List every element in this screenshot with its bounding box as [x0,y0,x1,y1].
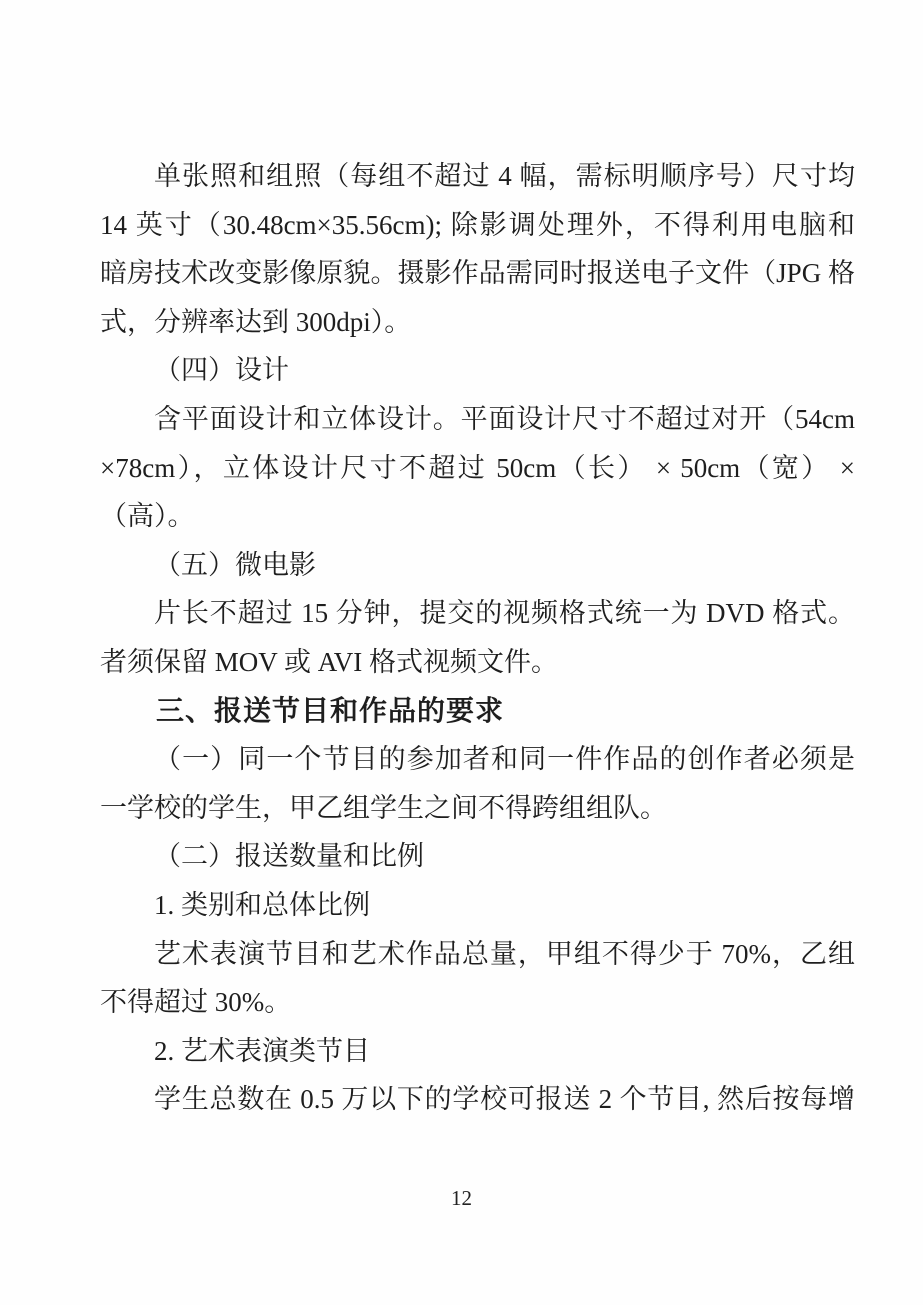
page-number: 12 [0,1186,923,1211]
paragraph-line: 不得超过 30%。 [100,978,855,1027]
paragraph-line: 者须保留 MOV 或 AVI 格式视频文件。 [100,638,855,687]
list-item-category-ratio: 1. 类别和总体比例 [100,881,855,930]
paragraph-line: 14 英寸（30.48cm×35.56cm); 除影调处理外，不得利用电脑和 [100,201,855,250]
paragraph-line: ×78cm），立体设计尺寸不超过 50cm（长） × 50cm（宽） × 50c… [100,444,855,493]
subsection-label-quantity-ratio: （二）报送数量和比例 [100,832,855,881]
list-item-performance-programs: 2. 艺术表演类节目 [100,1027,855,1076]
document-page: 单张照和组照（每组不超过 4 幅，需标明顺序号）尺寸均为 14 英寸（30.48… [0,0,923,1305]
paragraph-line: 艺术表演节目和艺术作品总量，甲组不得少于 70%，乙组 [100,930,855,979]
paragraph-line: 单张照和组照（每组不超过 4 幅，需标明顺序号）尺寸均为 [100,152,855,201]
paragraph-line: 式，分辨率达到 300dpi）。 [100,298,855,347]
subsection-label-design: （四）设计 [100,346,855,395]
paragraph-line: 暗房技术改变影像原貌。摄影作品需同时报送电子文件（JPG 格 [100,249,855,298]
paragraph-line: （高）。 [100,492,855,541]
paragraph-line: 片长不超过 15 分钟，提交的视频格式统一为 DVD 格式。作 [100,589,855,638]
paragraph-line: 学生总数在 0.5 万以下的学校可报送 2 个节目, 然后按每增 [100,1075,855,1124]
paragraph-line: （一）同一个节目的参加者和同一件作品的创作者必须是同 [100,735,855,784]
section-heading-submission-requirements: 三、报送节目和作品的要求 [100,687,855,736]
document-body: 单张照和组照（每组不超过 4 幅，需标明顺序号）尺寸均为 14 英寸（30.48… [100,152,855,1124]
subsection-label-microfilm: （五）微电影 [100,541,855,590]
paragraph-line: 含平面设计和立体设计。平面设计尺寸不超过对开（54cm [100,395,855,444]
paragraph-line: 一学校的学生，甲乙组学生之间不得跨组组队。 [100,784,855,833]
